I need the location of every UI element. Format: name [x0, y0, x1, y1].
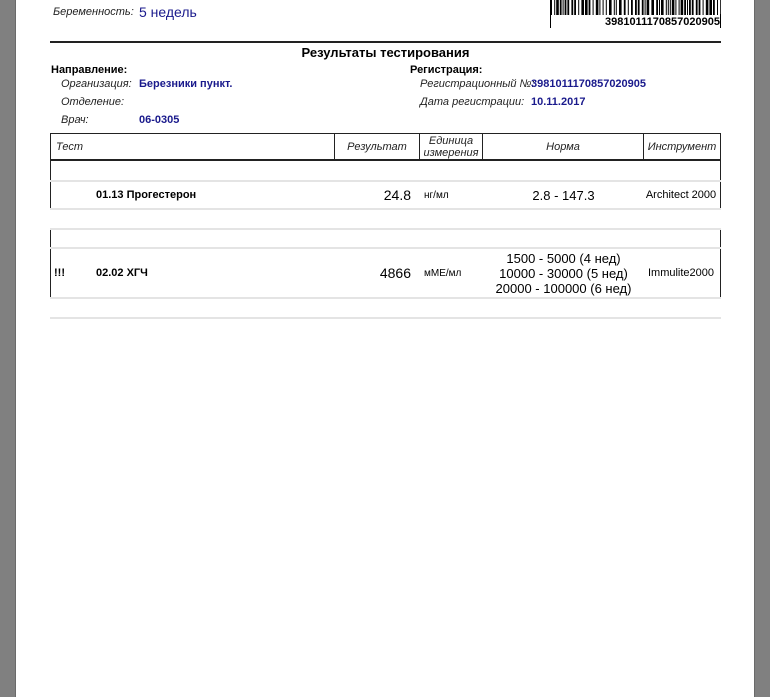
row-flag	[54, 182, 84, 208]
page-title: Результаты тестирования	[50, 45, 721, 60]
row-separator	[50, 297, 721, 299]
row-norm: 2.8 - 147.3	[491, 182, 636, 208]
header-test: Тест	[51, 134, 334, 159]
table-row: !!! 02.02 ХГЧ 4866 мМЕ/мл 1500 - 5000 (4…	[50, 249, 721, 297]
registration-number-label: Регистрационный №:	[420, 78, 535, 90]
header-norm: Норма	[482, 134, 643, 159]
results-table-header: Тест Результат Единица измерения Норма И…	[50, 133, 721, 161]
doctor-label: Врач:	[61, 114, 89, 126]
group-spacer	[50, 161, 721, 181]
organization-value: Березники пункт.	[139, 78, 232, 90]
barcode-image	[551, 0, 721, 15]
header-result: Результат	[334, 134, 419, 159]
table-row: 01.13 Прогестерон 24.8 нг/мл 2.8 - 147.3…	[50, 182, 721, 208]
row-unit: нг/мл	[424, 182, 484, 208]
report-page: Беременность: 5 недель 39810111708570209…	[15, 0, 755, 697]
norm-line: 20000 - 100000 (6 нед)	[496, 281, 632, 296]
norm-line: 1500 - 5000 (4 нед)	[506, 251, 620, 266]
row-result: 4866	[331, 249, 411, 297]
barcode-bracket-right	[720, 14, 721, 28]
header-divider	[50, 41, 721, 43]
row-separator	[50, 208, 721, 210]
row-unit: мМЕ/мл	[424, 249, 484, 297]
barcode-number: 3981011170857020905	[552, 16, 720, 28]
registration-number-value: 3981011170857020905	[531, 78, 646, 90]
row-instrument: Architect 2000	[641, 182, 721, 208]
registration-date-value: 10.11.2017	[531, 96, 585, 108]
pregnancy-value: 5 недель	[139, 4, 197, 20]
header-instrument: Инструмент	[643, 134, 720, 159]
group-spacer	[50, 230, 721, 248]
department-label: Отделение:	[61, 96, 124, 108]
organization-label: Организация:	[61, 78, 132, 90]
row-flag-alert: !!!	[54, 249, 84, 297]
doctor-value: 06-0305	[139, 114, 179, 126]
section-separator	[50, 317, 721, 319]
row-test-name: 02.02 ХГЧ	[96, 249, 326, 297]
row-test-name: 01.13 Прогестерон	[96, 182, 326, 208]
registration-heading: Регистрация:	[410, 64, 482, 76]
row-result: 24.8	[331, 182, 411, 208]
row-instrument: Immulite2000	[641, 249, 721, 297]
registration-date-label: Дата регистрации:	[420, 96, 524, 108]
barcode-bracket-left	[550, 0, 551, 28]
header-unit-line1: Единица	[429, 135, 473, 147]
norm-line: 10000 - 30000 (5 нед)	[499, 266, 628, 281]
direction-heading: Направление:	[51, 64, 127, 76]
pregnancy-label: Беременность:	[53, 6, 134, 18]
header-unit-line2: измерения	[423, 147, 478, 159]
row-norm: 1500 - 5000 (4 нед) 10000 - 30000 (5 нед…	[491, 249, 636, 297]
header-unit: Единица измерения	[419, 134, 482, 159]
norm-line: 2.8 - 147.3	[532, 188, 594, 203]
